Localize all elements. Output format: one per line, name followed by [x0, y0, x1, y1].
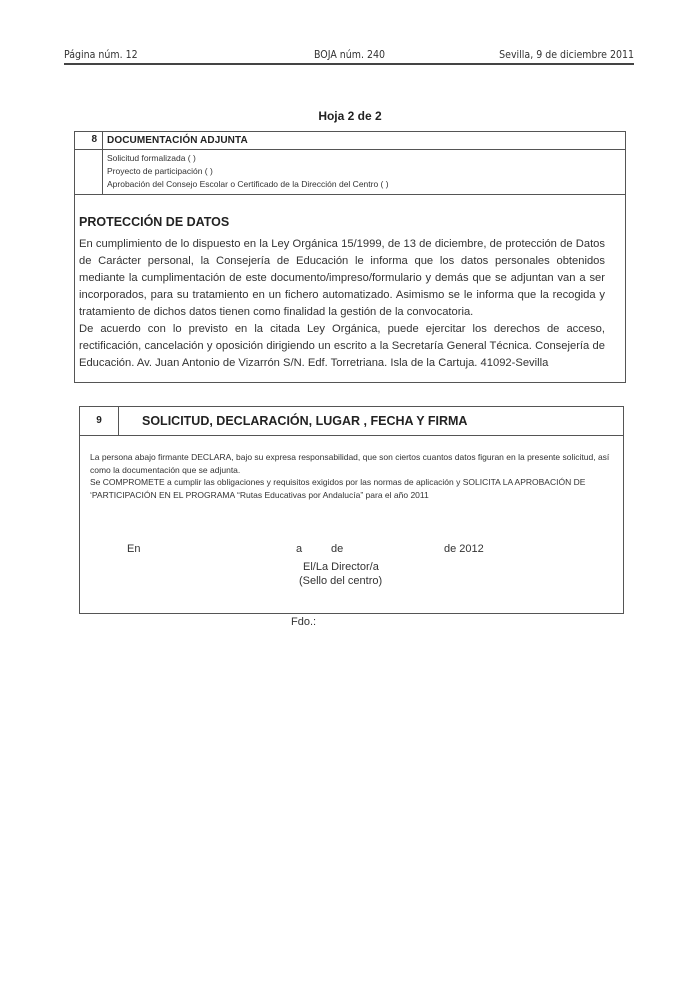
section-divider: [75, 194, 625, 195]
year-label: de 2012: [444, 543, 484, 555]
section-9-title: SOLICITUD, DECLARACIÓN, LUGAR , FECHA Y …: [142, 414, 467, 428]
bulletin-number: BOJA núm. 240: [314, 49, 385, 61]
section-8-number: 8: [91, 134, 97, 145]
sheet-label: Hoja 2 de 2: [0, 109, 700, 123]
signature-label: Fdo.:: [291, 616, 316, 628]
data-protection-title: PROTECCIÓN DE DATOS: [79, 215, 229, 229]
attached-documents-list: Solicitud formalizada ( ) Proyecto de pa…: [107, 152, 389, 191]
section-8-title: DOCUMENTACIÓN ADJUNTA: [107, 135, 248, 146]
data-protection-paragraph: De acuerdo con lo previsto en la citada …: [79, 321, 605, 372]
page-header: Página núm. 12 BOJA núm. 240 Sevilla, 9 …: [64, 49, 634, 63]
data-protection-paragraph: En cumplimiento de lo dispuesto en la Le…: [79, 236, 605, 321]
day-label: a: [296, 543, 302, 555]
stamp-label: (Sello del centro): [299, 575, 382, 587]
place-label: En: [127, 543, 140, 555]
signer-role: El/La Director/a: [303, 561, 379, 573]
declaration-paragraph: Se COMPROMETE a cumplir las obligaciones…: [90, 476, 610, 501]
declaration-paragraph: La persona abajo firmante DECLARA, bajo …: [90, 451, 610, 476]
header-divider: [64, 63, 634, 65]
list-item: Proyecto de participación ( ): [107, 165, 389, 178]
list-item: Aprobación del Consejo Escolar o Certifi…: [107, 178, 389, 191]
section-8-number-cell: 8: [75, 132, 103, 194]
section-9-number: 9: [80, 407, 119, 435]
declaration-text: La persona abajo firmante DECLARA, bajo …: [90, 451, 610, 501]
page-number: Página núm. 12: [64, 49, 138, 61]
data-protection-body: En cumplimiento de lo dispuesto en la Le…: [79, 236, 605, 372]
month-label: de: [331, 543, 343, 555]
publication-date: Sevilla, 9 de diciembre 2011: [499, 49, 634, 61]
list-item: Solicitud formalizada ( ): [107, 152, 389, 165]
section-8-box: 8 DOCUMENTACIÓN ADJUNTA Solicitud formal…: [74, 131, 626, 383]
